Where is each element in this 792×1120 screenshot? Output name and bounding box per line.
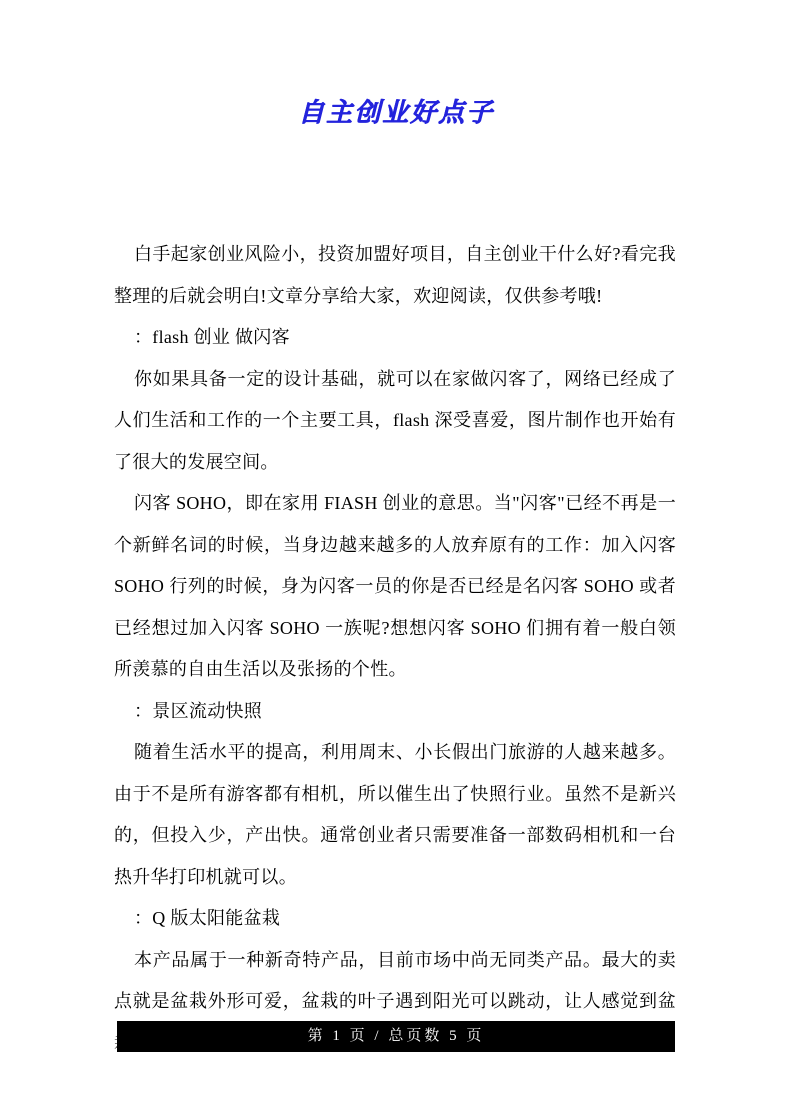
paragraph-scenic-photo: 随着生活水平的提高，利用周末、小长假出门旅游的人越来越多。由于不是所有游客都有相… xyxy=(114,732,676,898)
section-heading-solar-bonsai: ：Q 版太阳能盆栽 xyxy=(114,898,676,940)
section-heading-scenic-photo: ：景区流动快照 xyxy=(114,691,676,733)
page-number-footer: 第 1 页 / 总页数 5 页 xyxy=(117,1021,675,1052)
document-page: 自主创业好点子 白手起家创业风险小，投资加盟好项目，自主创业干什么好?看完我整理… xyxy=(0,0,792,1120)
document-title: 自主创业好点子 xyxy=(0,98,792,128)
intro-paragraph: 白手起家创业风险小，投资加盟好项目，自主创业干什么好?看完我整理的后就会明白!文… xyxy=(114,234,676,317)
section-heading-flash: ：flash 创业 做闪客 xyxy=(114,317,676,359)
paragraph-flash-soho: 闪客 SOHO，即在家用 FIASH 创业的意思。当"闪客"已经不再是一个新鲜名… xyxy=(114,483,676,691)
document-body: 白手起家创业风险小，投资加盟好项目，自主创业干什么好?看完我整理的后就会明白!文… xyxy=(114,234,676,1064)
paragraph-flash-design: 你如果具备一定的设计基础，就可以在家做闪客了，网络已经成了人们生活和工作的一个主… xyxy=(114,359,676,484)
